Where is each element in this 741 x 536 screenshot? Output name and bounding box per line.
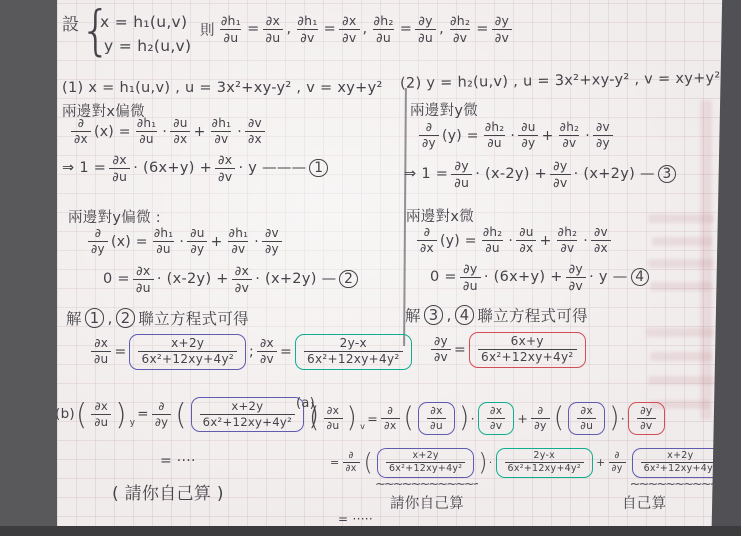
denominator: ∂u	[324, 418, 343, 432]
math-text: =	[476, 21, 488, 37]
math-text: y	[130, 418, 136, 428]
denominator: 6x²+12xy+4y²	[200, 414, 295, 429]
denominator: ∂v	[557, 240, 577, 255]
fraction: ∂x∂u	[91, 337, 111, 367]
math-text: 聯立方程式可得	[138, 307, 249, 329]
numerator: ∂x	[339, 14, 359, 29]
fraction: ∂∂x	[71, 117, 91, 147]
fraction: ∂y∂v	[550, 159, 570, 189]
math-text: (x) =	[111, 234, 148, 250]
scanned-notes-photo: 設{x = h₁(u,v)y = h₂(u,v)則 ∂h₁∂u = ∂x∂u ,…	[0, 0, 741, 536]
math-text: (	[175, 401, 186, 428]
fraction: ∂x∂u	[263, 14, 284, 44]
denominator: ∂v	[211, 131, 231, 146]
math-text: =	[324, 21, 336, 37]
math-text: (y) =	[442, 128, 479, 144]
numerator: ∂x	[232, 264, 252, 279]
part2-chain-y: ∂∂y(y) = ∂h₂∂u · ∂u∂y + ∂h₂∂v · ∂v∂y	[416, 121, 616, 151]
denominator: 6x²+12xy+4y²	[641, 462, 720, 474]
math-text: (1) x = h₁(u,v) , u = 3x²+xy-y² , v = xy…	[62, 80, 383, 96]
math-text: 則	[200, 19, 215, 40]
math-text: · (x+2y) —	[574, 166, 655, 182]
fraction: ∂∂y	[419, 121, 439, 151]
bleed-through-mark	[700, 100, 712, 420]
denominator: ∂v	[559, 135, 579, 150]
math-text: 請你自己算	[390, 492, 464, 513]
numerator: ∂	[345, 451, 356, 462]
numerator: ∂y	[452, 159, 472, 174]
numerator: ∂h₂	[480, 226, 506, 240]
math-text: ( 請你自己算 )	[112, 479, 224, 504]
numerator: x+2y	[410, 451, 442, 462]
math-text: ;	[249, 344, 254, 360]
math-text: · y —	[589, 269, 627, 285]
math-text: 解	[66, 307, 82, 329]
denominator: ∂y	[531, 418, 550, 432]
denominator: 6x²+12xy+4y²	[505, 462, 584, 474]
numerator: ∂h₂	[370, 14, 396, 29]
math-text: =	[280, 344, 292, 360]
math-text: +	[596, 456, 606, 469]
numerator: ∂x	[487, 405, 506, 418]
fraction: ∂v∂y	[262, 227, 282, 257]
numerator: 2y-x	[337, 337, 370, 351]
math-text: ·	[489, 456, 493, 469]
scan-edge-bottom	[0, 526, 741, 536]
denominator: ∂x	[343, 462, 360, 474]
math-text: y = h₂(u,v)	[104, 37, 191, 55]
math-text: =	[137, 406, 149, 422]
denominator: ∂x	[516, 240, 536, 255]
numerator: ∂y	[566, 262, 586, 277]
partb-eq: (b) (∂x∂u)y = ∂∂y(x+2y6x²+12xy+4y²)	[55, 397, 320, 432]
denominator: ∂u	[484, 135, 504, 150]
numerator: 2y-x	[530, 451, 558, 462]
denominator: ∂v	[450, 29, 470, 45]
math-text: 設	[62, 10, 79, 35]
math-text: · (x+2y) —	[255, 271, 336, 287]
numerator: 6x+y	[508, 335, 547, 349]
math-text: 兩邊對x微	[406, 205, 474, 226]
denominator: 6x²+12xy+4y²	[478, 349, 577, 364]
math-text: ⇒ 1 =	[404, 166, 448, 182]
math-text: 0 =	[103, 271, 130, 287]
fraction: ∂h₁∂v	[226, 227, 252, 257]
denominator: ∂v	[257, 351, 277, 366]
parta-dots: = ·····	[338, 512, 373, 526]
math-text: (	[309, 406, 320, 431]
numerator: ∂u	[516, 226, 536, 240]
math-text: ·	[510, 128, 515, 144]
part2-step2-label: 兩邊對x微	[406, 205, 474, 226]
numerator: ∂y	[637, 405, 656, 418]
numerator: ∂u	[518, 121, 538, 135]
fraction: ∂∂y	[152, 400, 171, 429]
highlight-box-green: 2y-x6x²+12xy+4y²	[295, 334, 412, 370]
math-text: ·	[254, 234, 259, 250]
numerator: ∂h₂	[557, 121, 583, 135]
numerator: x+2y	[168, 337, 207, 351]
denominator: ∂v	[232, 279, 252, 295]
numerator: ∂v	[262, 227, 282, 241]
highlight-box-blue: x+2y6x²+12xy+4y²	[191, 397, 304, 432]
numerator: ∂x	[577, 405, 596, 418]
math-text: = ·····	[338, 512, 373, 526]
denominator: 6x²+12xy+4y²	[304, 351, 403, 366]
math-text: · y ———	[238, 160, 306, 176]
fraction: ∂v∂x	[591, 226, 611, 256]
highlight-box-blue: x+2y6x²+12xy+4y²	[129, 334, 246, 370]
fraction: ∂x∂v	[257, 337, 277, 367]
denominator: ∂u	[373, 29, 394, 45]
fraction: ∂y∂u	[460, 262, 481, 292]
fraction: ∂y∂v	[566, 262, 586, 292]
numerator: ∂	[535, 405, 547, 418]
fraction: ∂∂y	[88, 227, 108, 257]
numerator: ∂x	[110, 153, 130, 168]
numerator: ∂	[611, 451, 622, 462]
math-text: =	[400, 21, 412, 37]
math-text: ,	[107, 309, 112, 327]
fraction: ∂y∂u	[415, 14, 436, 44]
numerator: ∂v	[591, 226, 611, 240]
math-text: · (x-2y) +	[157, 271, 229, 287]
fraction: ∂h₁∂v	[209, 117, 235, 147]
math-text: =	[247, 21, 259, 37]
math-text: · (6x+y) +	[484, 269, 563, 285]
denominator: ∂y	[609, 462, 626, 474]
fraction: ∂h₂∂v	[555, 226, 581, 256]
math-text: +	[540, 233, 552, 249]
numerator: ∂h₁	[134, 117, 160, 131]
denominator: ∂y	[187, 241, 207, 256]
math-text: 兩邊對y偏微 :	[68, 206, 161, 227]
numerator: ∂y	[460, 262, 480, 277]
denominator: 6x²+12xy+4y²	[386, 462, 465, 474]
denominator: 6x²+12xy+4y²	[138, 351, 237, 366]
fraction: ∂x∂u	[91, 400, 111, 429]
math-text: ,	[363, 21, 368, 37]
equation-number-4: 4	[631, 268, 650, 287]
numerator: ∂	[421, 226, 434, 240]
denominator: ∂y	[88, 241, 108, 256]
numerator: ∂y	[431, 335, 451, 349]
numerator: ∂h₂	[447, 14, 473, 29]
denominator: ∂x	[591, 240, 611, 255]
denominator: ∂v	[487, 418, 506, 432]
numerator: ∂h₁	[226, 227, 252, 241]
numerator: ∂v	[245, 117, 265, 131]
equation-number-1: 1	[85, 308, 105, 328]
fraction: ∂∂x	[343, 451, 360, 475]
math-text: ,	[286, 21, 291, 37]
fraction: ∂u∂x	[170, 117, 190, 147]
highlight-box-blue: x+2y6x²+12xy+4y²	[377, 448, 474, 478]
fraction: ∂y∂u	[451, 159, 472, 189]
math-text: ·	[179, 234, 184, 250]
math-text: =	[330, 456, 340, 469]
numerator: ∂	[423, 121, 436, 135]
math-text: )	[478, 452, 487, 474]
math-text: +	[194, 124, 206, 140]
numerator: ∂x	[324, 405, 343, 418]
math-text: (	[404, 406, 415, 431]
fraction: ∂u∂y	[187, 227, 207, 257]
fraction: ∂y∂v	[492, 14, 512, 44]
note-compute-1: 請你自己算	[390, 492, 464, 513]
equation-number-2: 2	[339, 270, 358, 289]
denominator: ∂x	[381, 418, 400, 432]
part2-eq3: ⇒ 1 = ∂y∂u · (x-2y) + ∂y∂v · (x+2y) —3	[404, 159, 679, 189]
fraction: ∂∂x	[381, 405, 400, 432]
denominator: ∂u	[136, 131, 156, 146]
denominator: ∂y	[262, 241, 282, 256]
math-text: (	[554, 406, 565, 431]
denominator: ∂u	[133, 279, 154, 295]
numerator: ∂h₁	[218, 14, 244, 29]
numerator: ∂x	[92, 400, 111, 414]
numerator: ∂y	[492, 14, 512, 29]
math-text: = ····	[160, 453, 196, 469]
part2-solve-label: 解3,4 聯立方程式可得	[405, 304, 588, 326]
denominator: ∂v	[228, 241, 248, 256]
denominator: ∂x	[417, 240, 437, 255]
math-text: (y) =	[440, 233, 477, 249]
part1-chain-y: ∂∂y(x) = ∂h₁∂u · ∂u∂y + ∂h₁∂v · ∂v∂y	[85, 227, 285, 257]
math-text: ,	[446, 306, 451, 324]
math-text: (x) =	[94, 124, 131, 140]
numerator: ∂x	[427, 405, 446, 418]
partb-note: ( 請你自己算 )	[112, 479, 224, 504]
numerator: ∂h₁	[294, 14, 320, 29]
fraction: ∂u∂x	[516, 226, 536, 256]
numerator: ∂y	[550, 159, 570, 174]
math-text: ·	[583, 233, 588, 249]
denominator: ∂y	[518, 135, 538, 150]
denominator: ∂x	[170, 131, 190, 146]
denominator: ∂v	[297, 29, 317, 45]
equation-number-3: 3	[658, 165, 677, 184]
math-text: 兩邊對y微	[410, 99, 478, 120]
fraction: ∂h₁∂u	[218, 14, 244, 44]
fraction: ∂x∂v	[339, 14, 359, 44]
math-text: ⇒ 1 =	[62, 160, 106, 176]
part2-result: ∂y∂v = 6x+y6x²+12xy+4y²	[428, 332, 589, 368]
highlight-box-blue: ∂x∂u	[568, 402, 605, 435]
parta-expanded: = ∂∂x(x+2y6x²+12xy+4y²)·2y-x6x²+12xy+4y²…	[330, 448, 741, 478]
fraction: ∂x∂v	[215, 153, 235, 183]
denominator: ∂v	[550, 174, 570, 190]
math-text: 0 =	[430, 269, 457, 285]
math-text: ·	[237, 124, 242, 140]
note-compute-2: 自己算	[622, 492, 666, 513]
denominator: ∂y	[152, 414, 171, 429]
equation-number-4: 4	[455, 305, 475, 325]
numerator: ∂h₁	[209, 117, 235, 131]
math-text: 解	[405, 304, 421, 326]
math-text: +	[542, 128, 554, 144]
fraction: ∂h₁∂v	[294, 14, 320, 44]
part1-results: ∂x∂u = x+2y6x²+12xy+4y² ; ∂x∂v = 2y-x6x²…	[88, 334, 415, 370]
part2-eq4: 0 = ∂y∂u · (6x+y) + ∂y∂v · y —4	[430, 262, 652, 292]
numerator: ∂x	[133, 264, 153, 279]
math-text: v	[360, 421, 365, 431]
math-text: )	[609, 406, 620, 431]
parta-eq: (∂x∂u)v = ∂∂x(∂x∂u)·∂x∂v + ∂∂y(∂x∂u)·∂y∂…	[308, 402, 668, 435]
denominator: ∂v	[637, 418, 656, 432]
denominator: ∂u	[451, 174, 472, 190]
highlight-box-blue: ∂x∂u	[418, 402, 455, 435]
system-eq-x: x = h₁(u,v)	[100, 13, 187, 31]
numerator: ∂x	[263, 14, 283, 29]
fraction: ∂h₂∂v	[557, 121, 583, 151]
numerator: ∂	[155, 400, 167, 414]
fraction: ∂v∂x	[245, 117, 265, 147]
denominator: ∂u	[91, 414, 111, 429]
fraction: ∂∂y	[531, 405, 550, 432]
fraction: ∂u∂y	[518, 121, 538, 151]
fraction: ∂∂x	[417, 226, 437, 256]
system-eq-y: y = h₂(u,v)	[104, 37, 191, 55]
denominator: ∂u	[153, 241, 173, 256]
denominator: ∂u	[91, 351, 111, 366]
denominator: ∂x	[245, 131, 265, 146]
fraction: ∂h₂∂u	[482, 121, 508, 151]
math-text: )	[347, 406, 358, 431]
numerator: ∂h₂	[482, 121, 508, 135]
setup-label: 設	[62, 10, 79, 35]
math-text: ·	[162, 124, 167, 140]
fraction: ∂x∂u	[109, 153, 130, 183]
header-identities: 則 ∂h₁∂u = ∂x∂u , ∂h₁∂v = ∂x∂v , ∂h₂∂u = …	[200, 14, 515, 44]
math-text: (	[76, 401, 87, 428]
highlight-box-red: 6x+y6x²+12xy+4y²	[469, 332, 586, 368]
fraction: ∂v∂y	[593, 121, 613, 151]
math-text: 自己算	[622, 492, 666, 513]
denominator: ∂u	[427, 418, 446, 432]
numerator: x+2y	[228, 400, 266, 414]
part1-eq2: 0 = ∂x∂u · (x-2y) + ∂x∂v · (x+2y) —2	[103, 264, 361, 294]
numerator: x+2y	[664, 451, 696, 462]
equation-number-3: 3	[424, 305, 444, 325]
math-text: ·	[621, 411, 625, 426]
fraction: ∂h₁∂u	[151, 227, 177, 257]
equation-number-2: 2	[116, 308, 136, 328]
part2-step1-label: 兩邊對y微	[410, 99, 478, 120]
fraction: ∂h₂∂v	[447, 14, 473, 44]
math-text: · (6x+y) +	[133, 160, 212, 176]
numerator: ∂u	[187, 227, 207, 241]
math-text: =	[114, 344, 126, 360]
denominator: ∂x	[71, 131, 91, 146]
numerator: ∂	[384, 405, 396, 418]
math-text: (	[364, 452, 373, 474]
fraction: ∂x∂u	[324, 405, 343, 432]
numerator: ∂y	[415, 14, 435, 29]
numerator: ∂x	[257, 337, 277, 351]
fraction: ∂∂y	[609, 451, 626, 475]
denominator: ∂y	[419, 135, 439, 150]
highlight-box-green: 2y-x6x²+12xy+4y²	[496, 448, 593, 478]
math-text: · (x-2y) +	[475, 166, 547, 182]
fraction: ∂x∂u	[133, 264, 154, 294]
denominator: ∂v	[431, 349, 451, 364]
math-text: +	[211, 234, 223, 250]
partb-dots: = ····	[160, 453, 196, 469]
denominator: ∂u	[220, 29, 241, 45]
math-text: ·	[585, 128, 590, 144]
denominator: ∂u	[460, 277, 481, 293]
part1-eq1: ⇒ 1 = ∂x∂u · (6x+y) + ∂x∂v · y ———1	[62, 153, 331, 183]
fraction: ∂h₂∂u	[480, 226, 506, 256]
numerator: ∂h₁	[151, 227, 177, 241]
part2-chain-x: ∂∂x(y) = ∂h₂∂u · ∂u∂x + ∂h₂∂v · ∂v∂x	[414, 226, 614, 256]
part1-setup: (1) x = h₁(u,v) , u = 3x²+xy-y² , v = xy…	[62, 80, 383, 96]
numerator: ∂u	[170, 117, 190, 131]
denominator: ∂v	[215, 168, 235, 184]
denominator: ∂u	[482, 240, 502, 255]
numerator: ∂v	[593, 121, 613, 135]
denominator: ∂v	[492, 29, 512, 45]
numerator: ∂h₂	[555, 226, 581, 240]
fraction: ∂x∂v	[232, 264, 252, 294]
math-text: ·	[508, 233, 513, 249]
highlight-box-red: ∂y∂v	[628, 402, 665, 435]
denominator: ∂u	[109, 168, 130, 184]
part1-chain-x: ∂∂x(x) = ∂h₁∂u · ∂u∂x + ∂h₁∂v · ∂v∂x	[68, 117, 268, 147]
part1-solve-label: 解1,2 聯立方程式可得	[66, 307, 249, 329]
fraction: ∂h₂∂u	[370, 14, 396, 44]
part1-step2-label: 兩邊對y偏微 :	[68, 206, 161, 227]
math-text: =	[454, 342, 466, 358]
numerator: ∂x	[215, 153, 235, 168]
math-text: +	[517, 411, 528, 426]
fraction: ∂y∂v	[431, 335, 451, 365]
numerator: ∂	[75, 117, 88, 131]
denominator: ∂y	[593, 135, 613, 150]
denominator: ∂u	[415, 29, 436, 45]
math-text: =	[367, 411, 378, 426]
math-text: ·	[471, 411, 475, 426]
fraction: ∂h₁∂u	[134, 117, 160, 147]
math-text: ,	[439, 21, 444, 37]
math-text: )	[115, 401, 126, 428]
denominator: ∂v	[566, 277, 586, 293]
math-text: )	[459, 406, 470, 431]
denominator: ∂v	[339, 29, 359, 45]
equation-number-1: 1	[309, 159, 328, 178]
denominator: ∂u	[577, 418, 596, 432]
numerator: ∂x	[91, 337, 111, 351]
numerator: ∂	[92, 227, 105, 241]
math-text: (b)	[55, 406, 75, 422]
math-text: x = h₁(u,v)	[100, 13, 187, 31]
scan-edge-left	[0, 0, 57, 536]
denominator: ∂u	[263, 29, 284, 45]
highlight-box-green: ∂x∂v	[478, 402, 515, 435]
math-text: 聯立方程式可得	[477, 304, 588, 326]
